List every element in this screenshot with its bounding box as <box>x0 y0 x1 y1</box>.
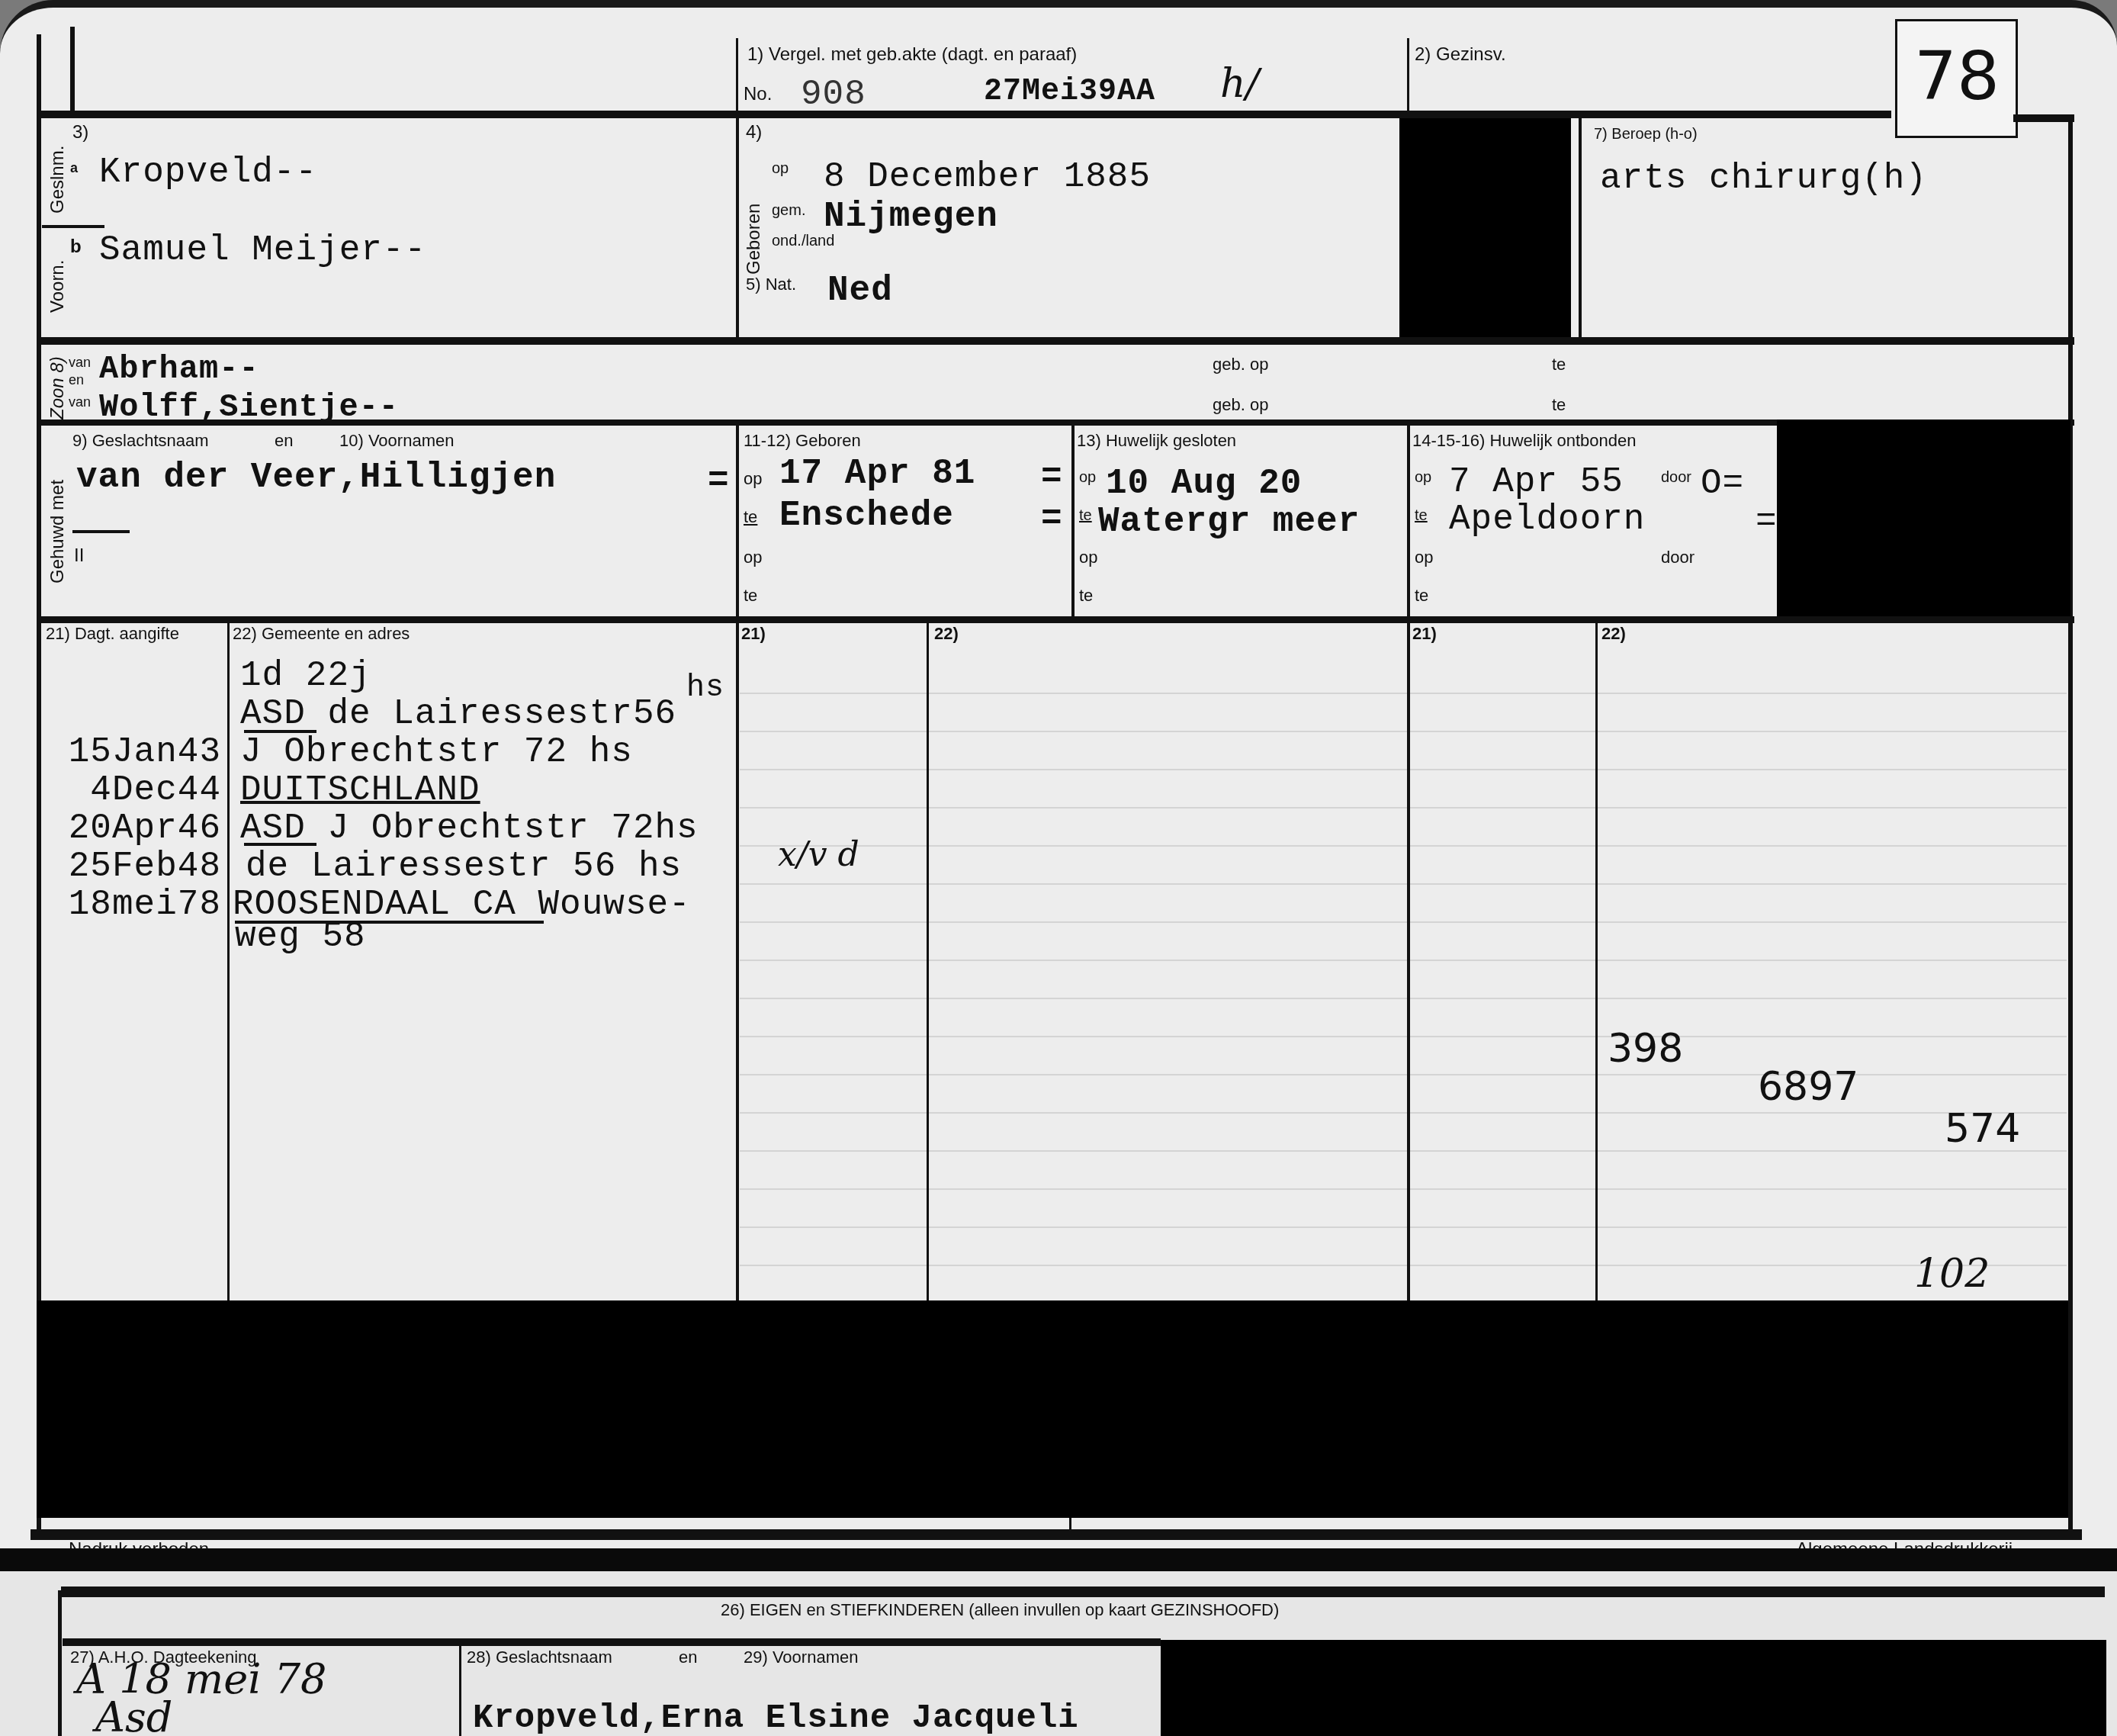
underline <box>235 921 544 924</box>
divider <box>459 1646 461 1736</box>
equals-sign: = <box>708 461 730 501</box>
address-text: de Lairessestr 56 hs <box>246 847 682 886</box>
address-row: 25Feb48 de Lairessestr 56 hs <box>46 847 736 885</box>
divider <box>1407 38 1409 114</box>
rule <box>61 1587 2105 1597</box>
divider <box>1407 423 1410 618</box>
mother-geb-op: geb. op <box>1213 395 1268 415</box>
handwritten-number: 6897 <box>1758 1064 1858 1110</box>
divider <box>927 622 929 1300</box>
rule <box>63 1638 1161 1646</box>
nat-label: 5) Nat. <box>746 275 796 294</box>
section2-label: 2) Gezinsv. <box>1415 44 1506 66</box>
dissolved-op: op <box>1415 469 1431 487</box>
no-label: No. <box>744 84 772 105</box>
record-number: 908 <box>801 75 866 114</box>
address-row: 4Dec44 DUITSCHLAND <box>46 770 736 809</box>
children-section-title: 26) EIGEN en STIEFKINDEREN (alleen invul… <box>721 1600 1279 1620</box>
divider <box>736 38 738 114</box>
married-date: 10 Aug 20 <box>1106 464 1302 503</box>
address-row: 18mei78 ROOSENDAAL CA Wouwse- <box>46 885 736 923</box>
redaction-block <box>37 1300 2068 1518</box>
mother-te: te <box>1552 395 1566 415</box>
spouse-te2: te <box>744 586 757 606</box>
married-op2: op <box>1079 548 1097 567</box>
dissolved-by: O= <box>1701 464 1744 503</box>
label-married-side: Gehuwd met <box>47 480 69 583</box>
spouse-te: te <box>744 507 757 527</box>
b-marker: b <box>70 236 82 258</box>
paraaf: h/ <box>1220 61 1259 107</box>
label-surname-side: Geslnm. <box>47 146 69 214</box>
child-firstnames-header: 29) Voornamen <box>744 1648 858 1667</box>
rule <box>38 337 2074 345</box>
address-date-header: 21) Dagt. aangifte <box>46 624 179 644</box>
van2-label: van <box>69 394 91 410</box>
address-text: DUITSCHLAND <box>240 770 480 810</box>
redaction-block <box>1777 420 2070 616</box>
label-son-side: Zoon 8) <box>47 356 69 420</box>
second-marker: II <box>74 545 84 567</box>
occupation-label: 7) Beroep (h-o) <box>1594 126 1698 143</box>
handwritten-number: 398 <box>1608 1026 1683 1072</box>
spouse-surname-header: 9) Geslachtsnaam <box>72 431 209 451</box>
en-header: en <box>275 431 293 451</box>
dissolved-te: te <box>1415 507 1428 525</box>
father-name: Abrham-- <box>99 351 259 387</box>
frame-left <box>58 1590 62 1736</box>
child-surname-header: 28) Geslachtsnaam <box>467 1648 612 1667</box>
address-row: 20Apr46 ASD J Obrechtstr 72hs <box>46 809 736 847</box>
section1-label: 1) Vergel. met geb.akte (dagt. en paraaf… <box>747 44 1077 66</box>
col21b-header: 21) <box>1412 624 1437 644</box>
rule <box>42 225 104 228</box>
firstnames: Samuel Meijer-- <box>99 230 426 270</box>
divider <box>1595 622 1598 1300</box>
address-date: 15Jan43 <box>69 732 221 772</box>
frame-left-inner <box>70 27 75 118</box>
registration-card: 1) Vergel. met geb.akte (dagt. en paraaf… <box>0 0 2117 1552</box>
married-te: te <box>1079 507 1092 525</box>
divider <box>1579 118 1582 339</box>
married-op: op <box>1079 469 1096 487</box>
address-text: J Obrechtstr 72 hs <box>240 732 633 772</box>
rule <box>31 1529 2082 1540</box>
married-place: Watergr meer <box>1098 502 1360 542</box>
aho-value-line2: Asd <box>95 1693 172 1736</box>
redaction-block <box>1161 1640 2106 1736</box>
col22b-header: 22) <box>1601 624 1626 644</box>
name-num: 3) <box>72 122 88 143</box>
dissolved-date: 7 Apr 55 <box>1449 462 1624 502</box>
stamp-number: 78 <box>1914 37 2000 115</box>
dissolved-op2: op <box>1415 548 1433 567</box>
married-te2: te <box>1079 586 1093 606</box>
handwritten-number: 102 <box>1914 1251 1990 1297</box>
ruled-lines <box>740 656 2067 1297</box>
birth-place: Nijmegen <box>824 197 998 236</box>
married-header: 13) Huwelijk gesloten <box>1077 431 1236 451</box>
underline <box>244 730 316 733</box>
child-name: Kropveld,Erna Elsine Jacqueli <box>473 1699 1079 1736</box>
address-row: ASD de Lairessestr56 hs <box>46 694 736 732</box>
rule <box>2013 114 2074 122</box>
address-row: 1d 22j <box>46 656 736 694</box>
spouse-name: van der Veer,Hilligjen <box>76 458 556 497</box>
separator-band <box>0 1548 2117 1573</box>
rule <box>38 616 2074 623</box>
birth-num: 4) <box>746 122 762 143</box>
address-text: ASD de Lairessestr56 <box>240 694 676 734</box>
address-text: 1d 22j <box>240 656 371 696</box>
a-marker: a <box>70 160 78 176</box>
nationality: Ned <box>827 271 893 310</box>
spouse-firstnames-header: 10) Voornamen <box>339 431 454 451</box>
father-te: te <box>1552 355 1566 375</box>
address-superscript: hs <box>686 671 724 706</box>
divider <box>736 118 739 339</box>
redaction-block <box>1399 118 1571 339</box>
handwritten-mark: x/v d <box>778 835 859 874</box>
col21-header: 21) <box>741 624 766 644</box>
spouse-op2: op <box>744 548 762 567</box>
divider <box>736 622 739 1300</box>
address-row: weg 58 <box>46 923 736 961</box>
equals-sign: = <box>1041 500 1063 539</box>
birth-date: 8 December 1885 <box>824 157 1151 197</box>
stamp-box: 78 <box>1895 19 2018 138</box>
dissolved-te2: te <box>1415 586 1428 606</box>
child-en-header: en <box>679 1648 697 1667</box>
col22-header: 22) <box>934 624 959 644</box>
en-label: en <box>69 372 84 388</box>
second-card: 26) EIGEN en STIEFKINDEREN (alleen invul… <box>0 1571 2117 1736</box>
address-date: 4Dec44 <box>90 770 221 810</box>
equals-sign: = <box>1041 458 1063 497</box>
spouse-born-header: 11-12) Geboren <box>744 431 861 451</box>
father-geb-op: geb. op <box>1213 355 1268 375</box>
spouse-op: op <box>744 469 762 489</box>
rule <box>38 111 1891 118</box>
address-row: 15Jan43 J Obrechtstr 72 hs <box>46 732 736 770</box>
address-header: 22) Gemeente en adres <box>233 624 410 644</box>
address-date: 18mei78 <box>69 885 221 924</box>
spouse-birth-place: Enschede <box>779 496 954 535</box>
door-label: door <box>1661 469 1691 487</box>
ond-label: ond./land <box>772 233 834 250</box>
door-label2: door <box>1661 548 1695 567</box>
address-date: 25Feb48 <box>69 847 221 886</box>
frame-right <box>2068 114 2073 1529</box>
label-born-side: Geboren <box>744 204 765 275</box>
dissolved-header: 14-15-16) Huwelijk ontbonden <box>1412 431 1637 451</box>
label-firstnames-side: Voorn. <box>47 260 69 313</box>
surname: Kropveld-- <box>99 153 317 192</box>
divider <box>736 423 739 618</box>
op-label: op <box>772 160 789 178</box>
handwritten-number: 574 <box>1945 1106 2020 1152</box>
occupation-value: arts chirurg(h) <box>1600 159 1927 198</box>
rule <box>72 530 130 533</box>
equals-sign: = <box>1756 502 1778 542</box>
divider <box>1407 622 1410 1300</box>
underline <box>244 843 316 846</box>
divider <box>1071 423 1075 618</box>
dissolved-place: Apeldoorn <box>1449 500 1645 539</box>
address-date: 20Apr46 <box>69 809 221 848</box>
spouse-birth-date: 17 Apr 81 <box>779 454 975 493</box>
rule <box>38 420 2074 426</box>
gem-label: gem. <box>772 202 805 220</box>
van1-label: van <box>69 355 91 371</box>
verification-stamp: 27Mei39AA <box>984 75 1155 109</box>
